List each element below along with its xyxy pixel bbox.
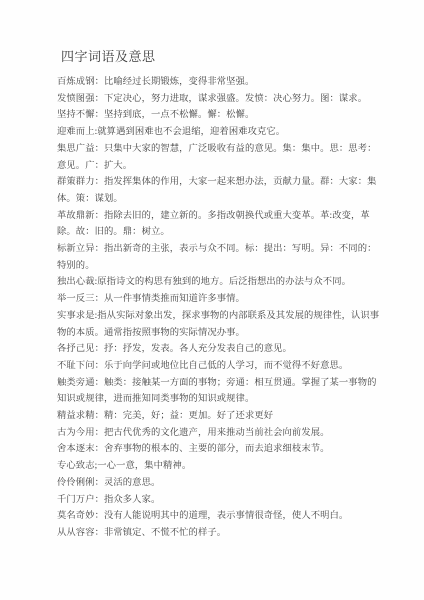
idiom-entry-line: 千门万户：指众多人家。 xyxy=(57,492,370,509)
idiom-entry-line: 从从容容：非常镇定、不慌不忙的样子。 xyxy=(57,525,370,542)
idiom-entry-line: 意见。广：扩大。 xyxy=(57,158,370,175)
idiom-entry-line: 特别的。 xyxy=(57,258,370,275)
idiom-entry-line: 触类旁通：触类：接触某一方面的事物；旁通：相互贯通。掌握了某一事物的 xyxy=(57,375,370,392)
idiom-entry-line: 坚持不懈：坚持到底，一点不松懈。懈：松懈。 xyxy=(57,107,370,124)
idiom-entry: 伶伶俐俐：灵活的意思。 xyxy=(57,475,370,492)
idiom-entry: 发愤图强：下定决心，努力进取，谋求强盛。发愤：决心努力。图：谋求。 xyxy=(57,91,370,108)
idiom-entry: 举一反三：从一件事情类推而知道许多事情。 xyxy=(57,291,370,308)
idiom-entry-line: 举一反三：从一件事情类推而知道许多事情。 xyxy=(57,291,370,308)
idiom-entry-line: 莫名奇妙：没有人能说明其中的道理，表示事情很奇怪，使人不明白。 xyxy=(57,508,370,525)
idiom-entry: 标新立异：指出新奇的主张，表示与众不同。标：提出：写明。异：不同的：特别的。 xyxy=(57,241,370,274)
idiom-entry: 集思广益：只集中大家的智慧，广泛吸收有益的意见。集：集中。思：思考：意见。广：扩… xyxy=(57,141,370,174)
idiom-entry-line: 体。策：谋划。 xyxy=(57,191,370,208)
idiom-entry: 群策群力：指发挥集体的作用，大家一起来想办法，贡献力量。群：大家：集体。策：谋划… xyxy=(57,174,370,207)
idiom-entry-line: 独出心裁:原指诗文的构思有独到的地方。后泛指想出的办法与众不同。 xyxy=(57,274,370,291)
idiom-entry-line: 除。故：旧的。鼎：树立。 xyxy=(57,224,370,241)
document-page: 四字词语及意思 百炼成钢：比喻经过长期锻炼，变得非常坚强。发愤图强：下定决心，努… xyxy=(0,0,424,600)
idiom-entry-list: 百炼成钢：比喻经过长期锻炼，变得非常坚强。发愤图强：下定决心，努力进取，谋求强盛… xyxy=(57,74,370,542)
idiom-entry-line: 标新立异：指出新奇的主张，表示与众不同。标：提出：写明。异：不同的： xyxy=(57,241,370,258)
idiom-entry-line: 各抒己见：抒：抒发，发表。各人充分发表自己的意见。 xyxy=(57,341,370,358)
idiom-entry-line: 群策群力：指发挥集体的作用，大家一起来想办法，贡献力量。群：大家：集 xyxy=(57,174,370,191)
idiom-entry-line: 舍本逐末：舍弃事物的根本的、主要的部分，而去追求细枝末节。 xyxy=(57,441,370,458)
idiom-entry-line: 实事求是:指从实际对象出发，探求事物的内部联系及其发展的规律性，认识事 xyxy=(57,308,370,325)
idiom-entry: 专心致志;一心一意，集中精神。 xyxy=(57,458,370,475)
idiom-entry-line: 迎难而上:就算遇到困难也不会退缩，迎着困难攻克它。 xyxy=(57,124,370,141)
idiom-entry: 坚持不懈：坚持到底，一点不松懈。懈：松懈。 xyxy=(57,107,370,124)
idiom-entry: 千门万户：指众多人家。 xyxy=(57,492,370,509)
idiom-entry-line: 不耻下问：乐于向学问或地位比自己低的人学习，而不觉得不好意思。 xyxy=(57,358,370,375)
idiom-entry-line: 知识或规律，进而推知同类事物的知识或规律。 xyxy=(57,391,370,408)
idiom-entry-line: 集思广益：只集中大家的智慧，广泛吸收有益的意见。集：集中。思：思考： xyxy=(57,141,370,158)
idiom-entry: 触类旁通：触类：接触某一方面的事物；旁通：相互贯通。掌握了某一事物的知识或规律，… xyxy=(57,375,370,408)
idiom-entry: 迎难而上:就算遇到困难也不会退缩，迎着困难攻克它。 xyxy=(57,124,370,141)
idiom-entry-line: 精益求精：精：完美，好；益：更加。好了还求更好 xyxy=(57,408,370,425)
idiom-entry: 独出心裁:原指诗文的构思有独到的地方。后泛指想出的办法与众不同。 xyxy=(57,274,370,291)
idiom-entry: 不耻下问：乐于向学问或地位比自己低的人学习，而不觉得不好意思。 xyxy=(57,358,370,375)
idiom-entry: 莫名奇妙：没有人能说明其中的道理，表示事情很奇怪，使人不明白。 xyxy=(57,508,370,525)
idiom-entry: 实事求是:指从实际对象出发，探求事物的内部联系及其发展的规律性，认识事物的本质。… xyxy=(57,308,370,341)
idiom-entry: 古为今用：把古代优秀的文化遗产，用来推动当前社会向前发展。 xyxy=(57,425,370,442)
idiom-entry: 百炼成钢：比喻经过长期锻炼，变得非常坚强。 xyxy=(57,74,370,91)
idiom-entry-line: 专心致志;一心一意，集中精神。 xyxy=(57,458,370,475)
idiom-entry-line: 百炼成钢：比喻经过长期锻炼，变得非常坚强。 xyxy=(57,74,370,91)
idiom-entry: 各抒己见：抒：抒发，发表。各人充分发表自己的意见。 xyxy=(57,341,370,358)
idiom-entry: 从从容容：非常镇定、不慌不忙的样子。 xyxy=(57,525,370,542)
idiom-entry-line: 古为今用：把古代优秀的文化遗产，用来推动当前社会向前发展。 xyxy=(57,425,370,442)
idiom-entry: 精益求精：精：完美，好；益：更加。好了还求更好 xyxy=(57,408,370,425)
idiom-entry: 革故鼎新：指除去旧的，建立新的。多指改朝换代或重大变革。革:改变，革除。故：旧的… xyxy=(57,208,370,241)
page-title: 四字词语及意思 xyxy=(61,48,370,65)
idiom-entry-line: 物的本质。通常指按照事物的实际情况办事。 xyxy=(57,325,370,342)
idiom-entry-line: 革故鼎新：指除去旧的，建立新的。多指改朝换代或重大变革。革:改变，革 xyxy=(57,208,370,225)
idiom-entry: 舍本逐末：舍弃事物的根本的、主要的部分，而去追求细枝末节。 xyxy=(57,441,370,458)
idiom-entry-line: 伶伶俐俐：灵活的意思。 xyxy=(57,475,370,492)
idiom-entry-line: 发愤图强：下定决心，努力进取，谋求强盛。发愤：决心努力。图：谋求。 xyxy=(57,91,370,108)
